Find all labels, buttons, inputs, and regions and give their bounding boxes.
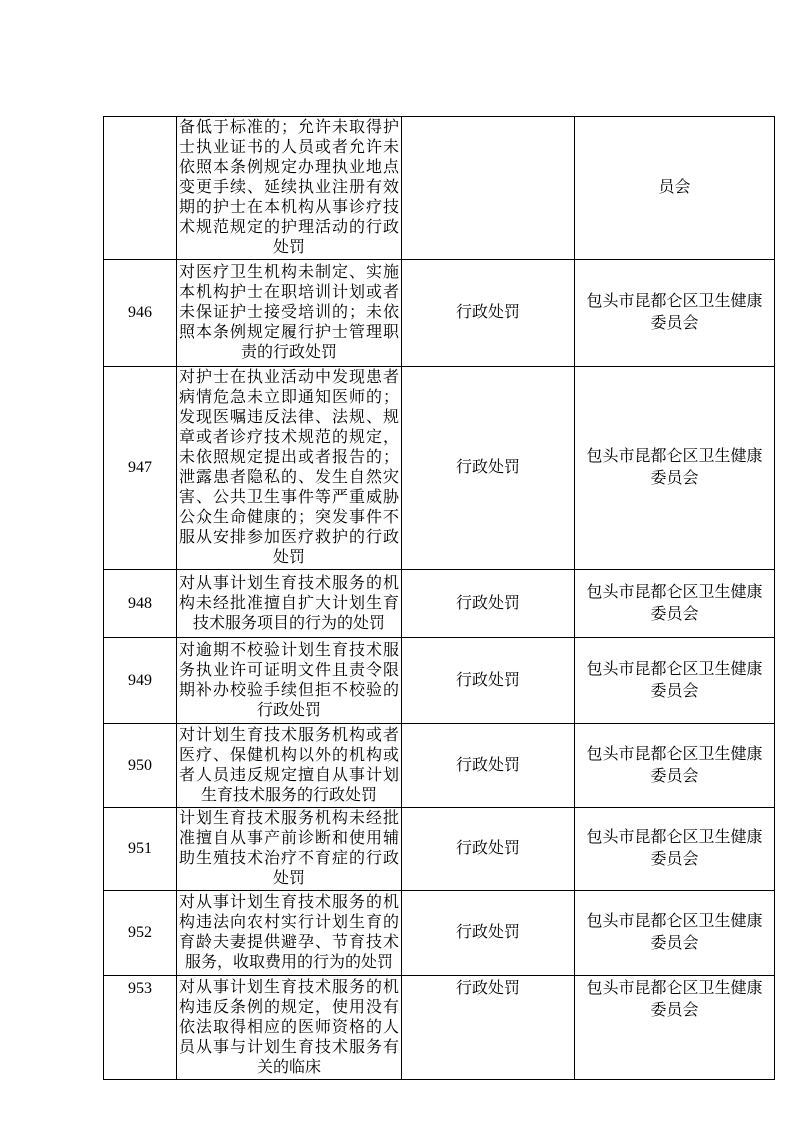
row-number-cell: 953 [104, 976, 177, 1080]
table-row: 备低于标准的；允许未取得护士执业证书的人员或者允许未依照本条例规定办理执业地点变… [104, 117, 775, 260]
penalty-type-cell: 行政处罚 [402, 724, 575, 808]
penalty-type-cell: 行政处罚 [402, 638, 575, 724]
row-number-cell: 947 [104, 367, 177, 570]
table-row: 953 对从事计划生育技术服务的机构违反条例的规定，使用没有依法取得相应的医师资… [104, 976, 775, 1080]
row-number-cell: 949 [104, 638, 177, 724]
document-page: 备低于标准的；允许未取得护士执业证书的人员或者允许未依照本条例规定办理执业地点变… [0, 0, 793, 1122]
table-row: 951 计划生育技术服务机构未经批准擅自从事产前诊断和使用辅助生殖技术治疗不育症… [104, 808, 775, 891]
penalty-item-cell: 对计划生育技术服务机构或者医疗、保健机构以外的机构或者人员违反规定擅自从事计划生… [177, 724, 402, 808]
penalty-type-cell: 行政处罚 [402, 976, 575, 1080]
table-row: 947 对护士在执业活动中发现患者病情危急未立即通知医师的；发现医嘱违反法律、法… [104, 367, 775, 570]
authority-cell: 包头市昆都仑区卫生健康委员会 [575, 976, 775, 1080]
penalty-item-cell: 对医疗卫生机构未制定、实施本机构护士在职培训计划或者未保证护士接受培训的；未依照… [177, 260, 402, 367]
row-number-cell: 951 [104, 808, 177, 891]
authority-cell: 包头市昆都仑区卫生健康委员会 [575, 808, 775, 891]
authority-cell: 包头市昆都仑区卫生健康委员会 [575, 891, 775, 976]
row-number-cell: 948 [104, 570, 177, 638]
table-row: 946 对医疗卫生机构未制定、实施本机构护士在职培训计划或者未保证护士接受培训的… [104, 260, 775, 367]
penalty-item-cell: 计划生育技术服务机构未经批准擅自从事产前诊断和使用辅助生殖技术治疗不育症的行政处… [177, 808, 402, 891]
penalty-item-cell: 对从事计划生育技术服务的机构违反条例的规定，使用没有依法取得相应的医师资格的人员… [177, 976, 402, 1080]
penalty-type-cell: 行政处罚 [402, 891, 575, 976]
penalty-type-cell: 行政处罚 [402, 808, 575, 891]
authority-cell: 包头市昆都仑区卫生健康委员会 [575, 638, 775, 724]
penalty-type-cell [402, 117, 575, 260]
table-row: 950 对计划生育技术服务机构或者医疗、保健机构以外的机构或者人员违反规定擅自从… [104, 724, 775, 808]
penalty-item-cell: 对从事计划生育技术服务的机构违法向农村实行计划生育的育龄夫妻提供避孕、节育技术服… [177, 891, 402, 976]
authority-cell: 包头市昆都仑区卫生健康委员会 [575, 570, 775, 638]
row-number-cell: 952 [104, 891, 177, 976]
penalty-table: 备低于标准的；允许未取得护士执业证书的人员或者允许未依照本条例规定办理执业地点变… [103, 116, 775, 1080]
table-row: 949 对逾期不校验计划生育技术服务执业许可证明文件且责令限期补办校验手续但拒不… [104, 638, 775, 724]
table-row: 948 对从事计划生育技术服务的机构未经批准擅自扩大计划生育技术服务项目的行为的… [104, 570, 775, 638]
penalty-item-cell: 对逾期不校验计划生育技术服务执业许可证明文件且责令限期补办校验手续但拒不校验的行… [177, 638, 402, 724]
penalty-type-cell: 行政处罚 [402, 260, 575, 367]
authority-cell: 包头市昆都仑区卫生健康委员会 [575, 724, 775, 808]
authority-cell: 员会 [575, 117, 775, 260]
authority-cell: 包头市昆都仑区卫生健康委员会 [575, 260, 775, 367]
penalty-type-cell: 行政处罚 [402, 367, 575, 570]
penalty-item-cell: 对从事计划生育技术服务的机构未经批准擅自扩大计划生育技术服务项目的行为的处罚 [177, 570, 402, 638]
table-row: 952 对从事计划生育技术服务的机构违法向农村实行计划生育的育龄夫妻提供避孕、节… [104, 891, 775, 976]
authority-cell: 包头市昆都仑区卫生健康委员会 [575, 367, 775, 570]
penalty-item-cell: 备低于标准的；允许未取得护士执业证书的人员或者允许未依照本条例规定办理执业地点变… [177, 117, 402, 260]
penalty-item-cell: 对护士在执业活动中发现患者病情危急未立即通知医师的；发现医嘱违反法律、法规、规章… [177, 367, 402, 570]
row-number-cell [104, 117, 177, 260]
row-number-cell: 946 [104, 260, 177, 367]
row-number-cell: 950 [104, 724, 177, 808]
penalty-type-cell: 行政处罚 [402, 570, 575, 638]
